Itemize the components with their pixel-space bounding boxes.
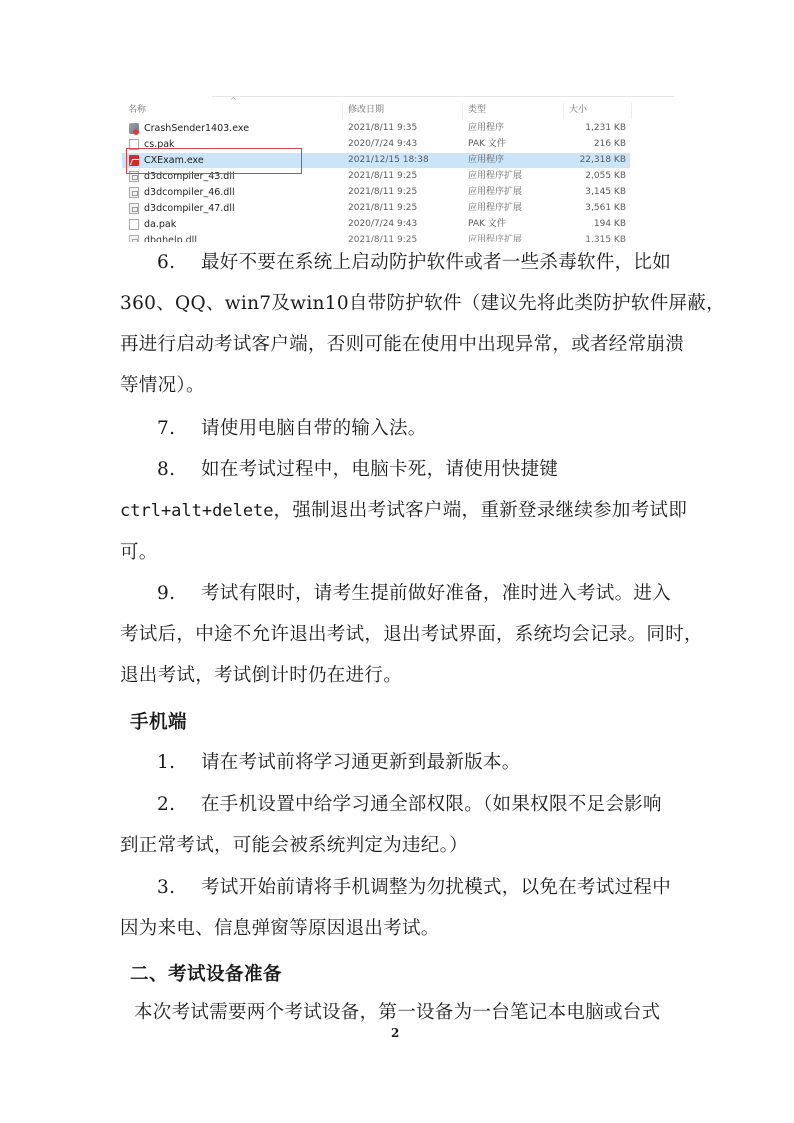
- file-row[interactable]: d3dcompiler_47.dll 2021/8/11 9:25 应用程序扩展…: [122, 201, 674, 216]
- file-date: 2021/8/11 9:25: [348, 185, 417, 200]
- list-item-7: 7.请使用电脑自带的输入法。: [120, 408, 676, 449]
- file-name: dbghelp.dll: [144, 233, 197, 242]
- keyboard-shortcut-text: ctrl+alt+delete: [120, 501, 274, 521]
- mobile-list-item-2: 2.在手机设置中给学习通全部权限。（如果权限不足会影响 到正常考试，可能会被系统…: [120, 784, 676, 866]
- file-size: 1,315 KB: [562, 233, 626, 242]
- paragraph-text: 考试有限时，请考生提前做好准备，准时进入考试。进入: [201, 583, 671, 604]
- file-date: 2021/8/11 9:35: [348, 121, 417, 136]
- page-number: 2: [391, 1026, 399, 1040]
- column-divider[interactable]: [563, 103, 564, 119]
- column-header-name[interactable]: 名称: [128, 103, 146, 117]
- column-header-size[interactable]: 大小: [569, 103, 587, 117]
- file-name: da.pak: [144, 217, 176, 232]
- file-size: 3,561 KB: [562, 201, 626, 216]
- file-row[interactable]: da.pak 2020/7/24 9:43 PAK 文件 194 KB: [122, 217, 674, 232]
- paragraph-text: 可。: [120, 532, 676, 573]
- column-header-type[interactable]: 类型: [468, 103, 486, 117]
- file-date: 2021/8/11 9:25: [348, 233, 417, 242]
- dll-icon: [129, 235, 139, 242]
- list-item-6: 6.最好不要在系统上启动防护软件或者一些杀毒软件，比如 360、QQ、win7及…: [120, 242, 676, 406]
- paragraph-text: 请使用电脑自带的输入法。: [201, 418, 427, 439]
- paragraph-text: 退出考试，考试倒计时仍在进行。: [120, 655, 676, 696]
- mobile-list-item-1: 1.请在考试前将学习通更新到最新版本。: [120, 742, 676, 783]
- column-divider[interactable]: [342, 103, 343, 119]
- item-number: 6.: [157, 242, 201, 283]
- file-type: 应用程序: [468, 121, 504, 136]
- item-number: 2.: [157, 784, 201, 825]
- column-header-row: 名称 修改日期 类型 大小: [122, 103, 674, 117]
- file-type: 应用程序: [468, 153, 504, 168]
- paragraph-text: 在手机设置中给学习通全部权限。（如果权限不足会影响: [201, 794, 662, 815]
- dll-icon: [129, 187, 139, 198]
- item-number: 7.: [157, 408, 201, 449]
- paragraph-text: 360、QQ、win7及win10自带防护软件（建议先将此类防护软件屏蔽，: [120, 283, 676, 324]
- section-heading-device-prep: 二、考试设备准备: [130, 960, 282, 986]
- list-item-9: 9.考试有限时，请考生提前做好准备，准时进入考试。进入 考试后，中途不允许退出考…: [120, 573, 676, 696]
- file-date: 2021/8/11 9:25: [348, 201, 417, 216]
- item-number: 9.: [157, 573, 201, 614]
- paragraph-text: 最好不要在系统上启动防护软件或者一些杀毒软件，比如: [201, 252, 671, 273]
- column-divider[interactable]: [462, 103, 463, 119]
- section-heading-mobile: 手机端: [130, 708, 187, 734]
- paragraph-text: 考试后，中途不允许退出考试，退出考试界面，系统均会记录。同时，: [120, 614, 676, 655]
- file-type: 应用程序扩展: [468, 185, 522, 200]
- list-item-8: 8.如在考试过程中，电脑卡死，请使用快捷键 ctrl+alt+delete，强制…: [120, 449, 676, 573]
- file-name: CrashSender1403.exe: [144, 121, 249, 136]
- column-divider[interactable]: [631, 103, 632, 119]
- mobile-list-item-3: 3.考试开始前请将手机调整为勿扰模式，以免在考试过程中 因为来电、信息弹窗等原因…: [120, 867, 676, 949]
- file-icon: [129, 219, 139, 230]
- column-header-date[interactable]: 修改日期: [348, 103, 384, 117]
- red-highlight-annotation: [126, 148, 302, 174]
- file-name: d3dcompiler_46.dll: [144, 185, 235, 200]
- file-type: PAK 文件: [468, 217, 506, 232]
- file-type: PAK 文件: [468, 137, 506, 152]
- file-size: 1,231 KB: [562, 121, 626, 136]
- file-size: 3,145 KB: [562, 185, 626, 200]
- file-date: 2020/7/24 9:43: [348, 217, 417, 232]
- file-size: 22,318 KB: [562, 153, 626, 168]
- paragraph-text: 请在考试前将学习通更新到最新版本。: [201, 752, 521, 773]
- file-date: 2020/7/24 9:43: [348, 137, 417, 152]
- file-type: 应用程序扩展: [468, 201, 522, 216]
- file-date: 2021/8/11 9:25: [348, 169, 417, 184]
- paragraph-text: 如在考试过程中，电脑卡死，请使用快捷键: [201, 459, 558, 480]
- dll-icon: [129, 203, 139, 214]
- file-row[interactable]: dbghelp.dll 2021/8/11 9:25 应用程序扩展 1,315 …: [122, 233, 674, 242]
- paragraph-text: 再进行启动考试客户端，否则可能在使用中出现异常，或者经常崩溃: [120, 324, 676, 365]
- divider: [212, 96, 674, 97]
- file-size: 194 KB: [562, 217, 626, 232]
- paragraph-text: 到正常考试，可能会被系统判定为违纪。）: [120, 825, 676, 866]
- item-number: 8.: [157, 449, 201, 490]
- paragraph-text: ，强制退出考试客户端，重新登录继续参加考试即: [274, 500, 688, 521]
- file-name: d3dcompiler_47.dll: [144, 201, 235, 216]
- file-size: 2,055 KB: [562, 169, 626, 184]
- item-number: 1.: [157, 742, 201, 783]
- item-number: 3.: [157, 867, 201, 908]
- paragraph-text: 因为来电、信息弹窗等原因退出考试。: [120, 908, 676, 949]
- file-type: 应用程序扩展: [468, 169, 522, 184]
- paragraph-text: 等情况）。: [120, 365, 676, 406]
- file-row[interactable]: d3dcompiler_46.dll 2021/8/11 9:25 应用程序扩展…: [122, 185, 674, 200]
- crash-sender-icon: [129, 123, 139, 134]
- file-size: 216 KB: [562, 137, 626, 152]
- file-row[interactable]: CrashSender1403.exe 2021/8/11 9:35 应用程序 …: [122, 121, 674, 136]
- file-date: 2021/12/15 18:38: [348, 153, 429, 168]
- paragraph-text: 考试开始前请将手机调整为勿扰模式，以免在考试过程中: [201, 877, 671, 898]
- file-type: 应用程序扩展: [468, 233, 522, 242]
